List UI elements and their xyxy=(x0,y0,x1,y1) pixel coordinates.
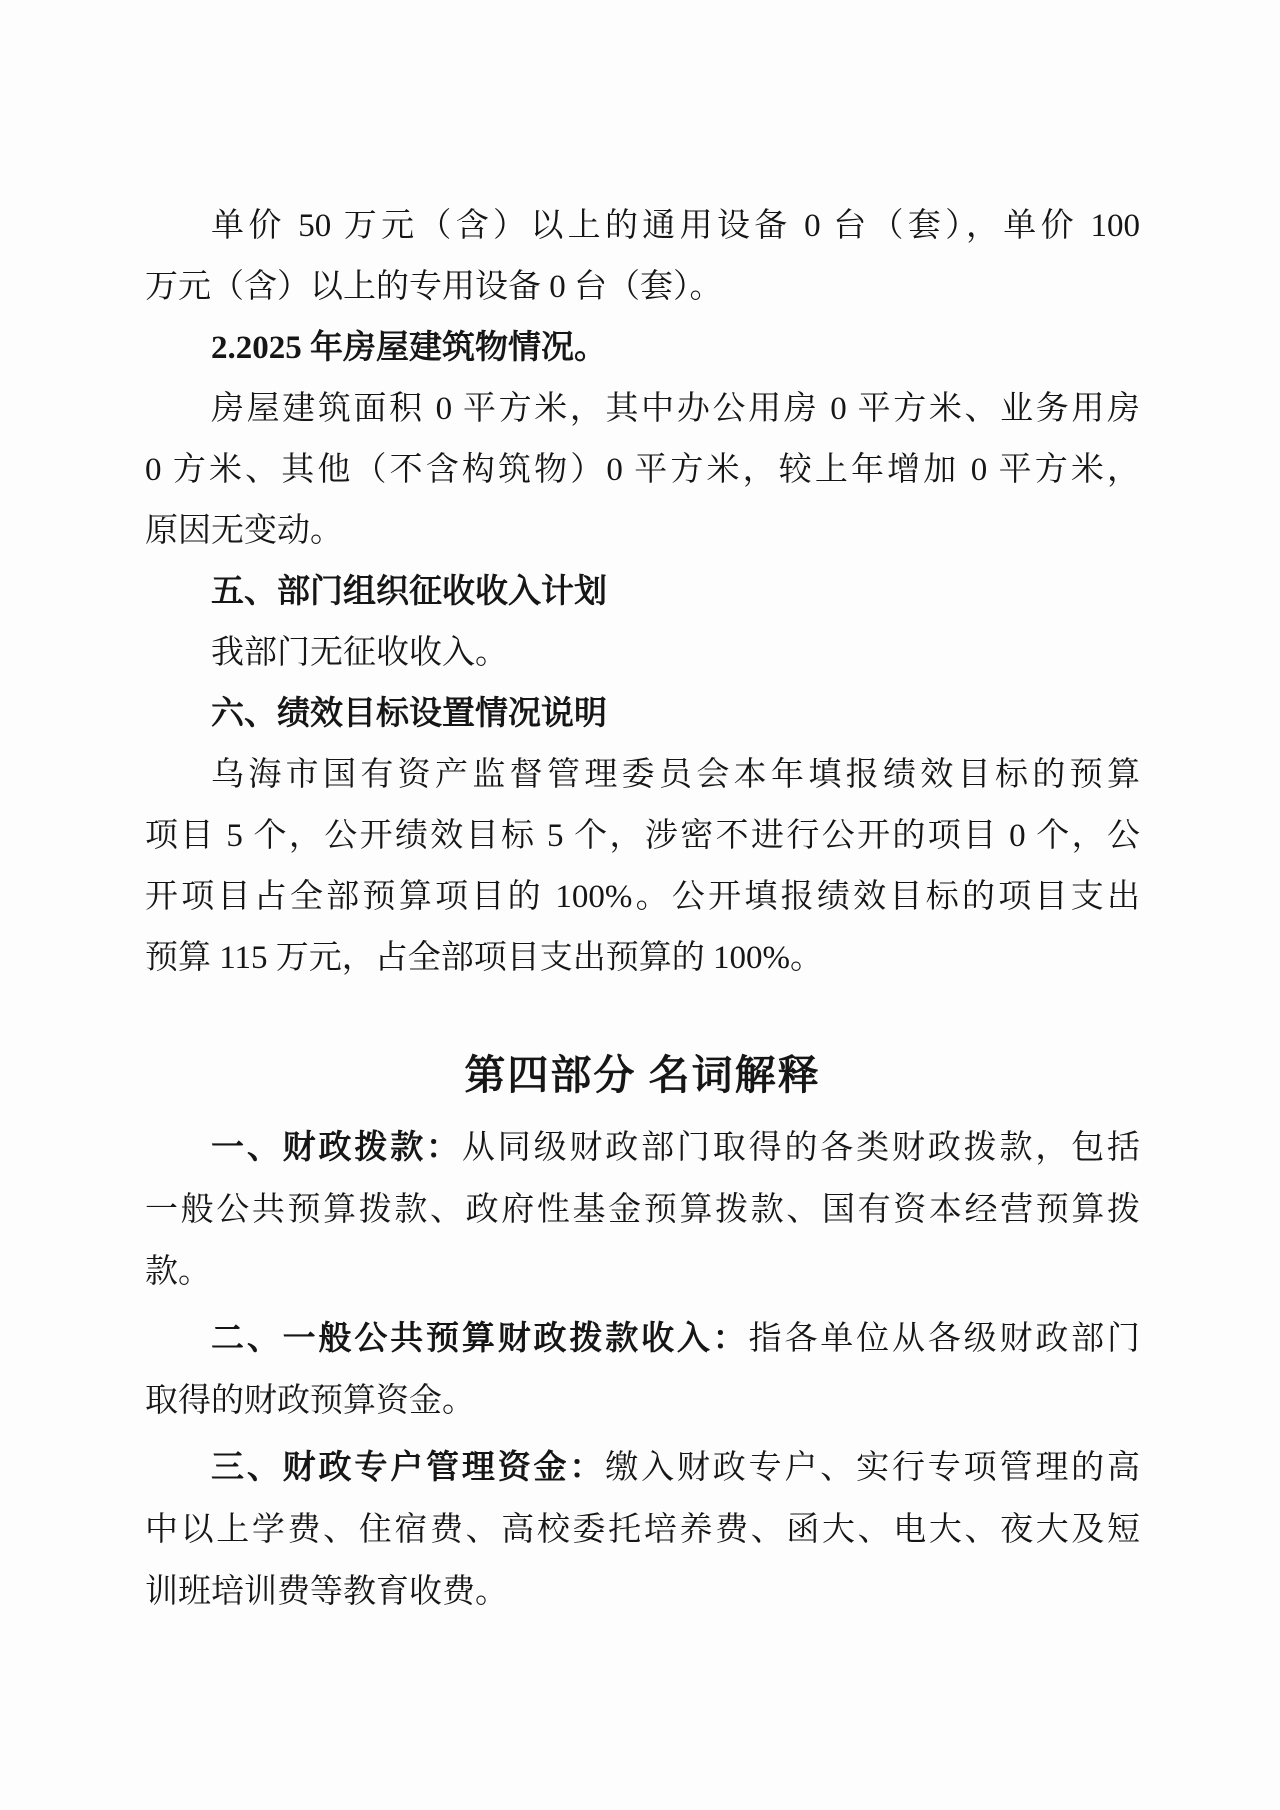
text-run: 缴入财政专户、实行专项管理的高 xyxy=(605,1450,1140,1486)
text-line: 我部门无征收收入。 xyxy=(145,623,1140,684)
text-run: 我部门无征收收入。 xyxy=(211,635,508,671)
text-run: 万元（含）以上的专用设备 0 台（套）。 xyxy=(145,269,723,305)
text-line: 六、绩效目标设置情况说明 xyxy=(145,684,1140,745)
text-run: 开项目占全部预算项目的 100%。公开填报绩效目标的项目支出 xyxy=(145,879,1140,915)
text-line: 款。 xyxy=(145,1241,1140,1303)
paragraph: 三、财政专户管理资金：缴入财政专户、实行专项管理的高中以上学费、住宿费、高校委托… xyxy=(145,1437,1140,1623)
text-run: 训班培训费等教育收费。 xyxy=(145,1574,508,1610)
text-line: 取得的财政预算资金。 xyxy=(145,1370,1140,1432)
text-line: 万元（含）以上的专用设备 0 台（套）。 xyxy=(145,257,1140,318)
paragraph: 二、一般公共预算财政拨款收入：指各单位从各级财政部门取得的财政预算资金。 xyxy=(145,1308,1140,1432)
paragraph: 我部门无征收收入。 xyxy=(145,623,1140,684)
document-page: 单价 50 万元（含）以上的通用设备 0 台（套），单价 100万元（含）以上的… xyxy=(145,196,1140,1623)
text-line: 三、财政专户管理资金：缴入财政专户、实行专项管理的高 xyxy=(145,1437,1140,1499)
part-title: 第四部分 名词解释 xyxy=(145,1039,1140,1111)
text-line: 训班培训费等教育收费。 xyxy=(145,1561,1140,1623)
text-run: 房屋建筑面积 0 平方米，其中办公用房 0 平方米、业务用房 xyxy=(211,391,1140,427)
text-run: 乌海市国有资产监督管理委员会本年填报绩效目标的预算 xyxy=(211,757,1140,793)
text-line: 单价 50 万元（含）以上的通用设备 0 台（套），单价 100 xyxy=(145,196,1140,257)
text-line: 开项目占全部预算项目的 100%。公开填报绩效目标的项目支出 xyxy=(145,867,1140,928)
text-run: 预算 115 万元，占全部项目支出预算的 100%。 xyxy=(145,940,823,976)
text-run: 指各单位从各级财政部门 xyxy=(749,1321,1140,1357)
text-run: 一般公共预算拨款、政府性基金预算拨款、国有资本经营预算拨 xyxy=(145,1192,1140,1228)
text-run: 中以上学费、住宿费、高校委托培养费、函大、电大、夜大及短 xyxy=(145,1512,1140,1548)
paragraph: 乌海市国有资产监督管理委员会本年填报绩效目标的预算项目 5 个，公开绩效目标 5… xyxy=(145,745,1140,989)
text-line: 0 方米、其他（不含构筑物）0 平方米，较上年增加 0 平方米， xyxy=(145,440,1140,501)
text-run: 原因无变动。 xyxy=(145,513,343,549)
section-heading: 五、部门组织征收收入计划 xyxy=(145,562,1140,623)
paragraph: 房屋建筑面积 0 平方米，其中办公用房 0 平方米、业务用房0 方米、其他（不含… xyxy=(145,379,1140,562)
text-line: 乌海市国有资产监督管理委员会本年填报绩效目标的预算 xyxy=(145,745,1140,806)
term-lead: 五、部门组织征收收入计划 xyxy=(211,574,607,610)
term-lead: 三、财政专户管理资金： xyxy=(211,1450,605,1486)
text-run: 单价 50 万元（含）以上的通用设备 0 台（套），单价 100 xyxy=(211,208,1140,244)
text-line: 第四部分 名词解释 xyxy=(145,1039,1140,1111)
text-line: 五、部门组织征收收入计划 xyxy=(145,562,1140,623)
text-line: 预算 115 万元，占全部项目支出预算的 100%。 xyxy=(145,928,1140,989)
section-heading: 2.2025 年房屋建筑物情况。 xyxy=(145,318,1140,379)
section-heading: 六、绩效目标设置情况说明 xyxy=(145,684,1140,745)
paragraph: 一、财政拨款：从同级财政部门取得的各类财政拨款，包括一般公共预算拨款、政府性基金… xyxy=(145,1117,1140,1303)
term-lead: 二、一般公共预算财政拨款收入： xyxy=(211,1321,749,1357)
text-run: 取得的财政预算资金。 xyxy=(145,1383,475,1419)
text-line: 房屋建筑面积 0 平方米，其中办公用房 0 平方米、业务用房 xyxy=(145,379,1140,440)
term-lead: 六、绩效目标设置情况说明 xyxy=(211,696,607,732)
text-run: 从同级财政部门取得的各类财政拨款，包括 xyxy=(462,1130,1140,1166)
text-run: 项目 5 个，公开绩效目标 5 个，涉密不进行公开的项目 0 个，公 xyxy=(145,818,1140,854)
paragraph: 单价 50 万元（含）以上的通用设备 0 台（套），单价 100万元（含）以上的… xyxy=(145,196,1140,318)
text-line: 项目 5 个，公开绩效目标 5 个，涉密不进行公开的项目 0 个，公 xyxy=(145,806,1140,867)
text-run: 0 方米、其他（不含构筑物）0 平方米，较上年增加 0 平方米， xyxy=(145,452,1140,488)
term-lead: 2.2025 年房屋建筑物情况。 xyxy=(211,330,607,366)
text-line: 一、财政拨款：从同级财政部门取得的各类财政拨款，包括 xyxy=(145,1117,1140,1179)
term-lead: 一、财政拨款： xyxy=(211,1130,462,1166)
text-line: 中以上学费、住宿费、高校委托培养费、函大、电大、夜大及短 xyxy=(145,1499,1140,1561)
text-run: 款。 xyxy=(145,1254,211,1290)
text-line: 2.2025 年房屋建筑物情况。 xyxy=(145,318,1140,379)
text-line: 二、一般公共预算财政拨款收入：指各单位从各级财政部门 xyxy=(145,1308,1140,1370)
text-line: 原因无变动。 xyxy=(145,501,1140,562)
term-lead: 第四部分 名词解释 xyxy=(464,1052,820,1098)
text-line: 一般公共预算拨款、政府性基金预算拨款、国有资本经营预算拨 xyxy=(145,1179,1140,1241)
